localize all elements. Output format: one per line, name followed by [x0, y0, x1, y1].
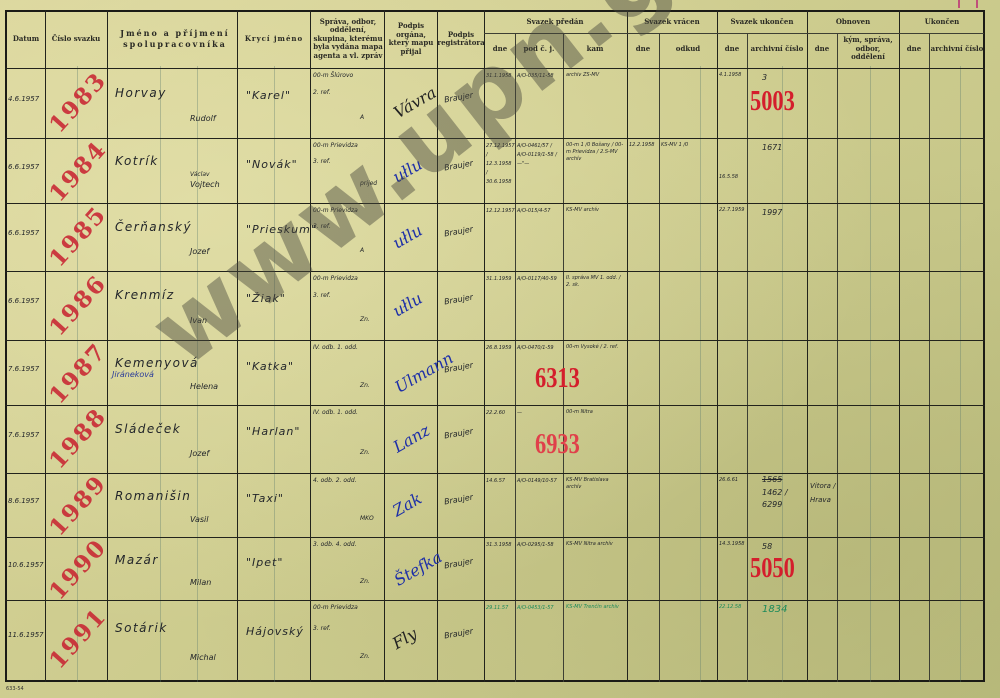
first-name-cell: Ivan — [190, 316, 207, 325]
officer-signature: ułlu — [389, 289, 425, 321]
closed-date: 26.6.61 — [719, 477, 738, 483]
registrar-signature: Braujer — [443, 626, 473, 640]
surname-cell: Horvay — [115, 86, 167, 100]
surname-cell: Sotárik — [115, 621, 168, 635]
first-name-cell: Milan — [190, 578, 211, 587]
volume-number-stamp: 1990 — [44, 534, 112, 606]
handover-ref: — — [517, 409, 562, 418]
closed-date: 22.7.1959 — [719, 207, 744, 213]
department-ref: 3. ref. — [313, 223, 331, 230]
header-vracen-dne: dne — [628, 34, 658, 64]
closed-date: 14.3.1958 — [719, 541, 744, 547]
department-mark: A — [360, 114, 364, 121]
date-cell: 4.6.1957 — [8, 95, 39, 103]
handover-date: 12.12.1957 — [486, 207, 514, 216]
officer-signature: Fly — [389, 624, 420, 653]
closed-date: 4.1.1958 — [719, 72, 741, 78]
cover-name-cell: "Katka" — [246, 360, 294, 373]
volume-number-stamp: 1991 — [44, 602, 112, 674]
volume-number-stamp: 1989 — [44, 470, 112, 542]
officer-signature: Štefka — [391, 547, 446, 589]
cover-name-cell: "Karel" — [246, 89, 291, 102]
handover-ref: A/O-0117/40-59 — [517, 275, 562, 284]
surname-cell: Krenmíz — [115, 288, 175, 302]
table-row: 4.6.19571983HorvayRudolf"Karel"00-m Šlúr… — [0, 68, 1000, 138]
surname-cell: Kotrík — [115, 154, 159, 168]
closed-date: 16.5.58 — [719, 174, 738, 180]
date-cell: 6.6.1957 — [8, 163, 39, 171]
surname-cell: Mazár — [115, 553, 159, 567]
handover-destination: KS-MV Nitra archív — [566, 541, 624, 548]
header-predan-kam: kam — [564, 34, 626, 64]
handover-ref: A/O-0470/1-59 — [517, 344, 562, 353]
return-date: 12.2.1958 — [629, 142, 654, 148]
corner-marking — [958, 0, 978, 8]
surname-cell: Čerňanský — [115, 220, 192, 234]
first-name-cell: Rudolf — [190, 114, 216, 123]
surname-cell: Romanišin — [115, 489, 191, 503]
table-row: 6.6.19571985ČerňanskýJozef"Prieskum"00-m… — [0, 203, 1000, 271]
archive-number: 1834 — [762, 604, 802, 616]
first-name-cell: Helena — [190, 382, 218, 391]
handover-ref: A/O-035/11-58 — [517, 72, 562, 81]
header-obnoven-dne: dne — [808, 34, 836, 64]
department-ref: 3. ref. — [313, 292, 331, 299]
date-cell: 6.6.1957 — [8, 297, 39, 305]
header-cislo-svazku: Číslo svazku — [46, 14, 106, 64]
header-datum: Datum — [7, 14, 45, 64]
department-ref: 3. ref. — [313, 158, 331, 165]
department-cell: 4. odb. 2. odd. — [313, 477, 357, 484]
table-row: 8.6.19571989RomanišinVasil"Taxi"4. odb. … — [0, 473, 1000, 537]
closure-note: Vitora / Hrava — [810, 479, 840, 507]
header-svazek-vracen: Svazek vrácen — [628, 12, 716, 32]
handover-date: 31.1.1958 — [486, 72, 514, 81]
department-mark: prijed — [360, 180, 377, 187]
department-mark: Zn. — [360, 578, 370, 585]
handover-date: 27.12.1957 / 12.3.1958 / 30.6.1958 — [486, 142, 514, 187]
archive-number: 1997 — [762, 207, 802, 219]
handover-ref: A/O-0295/1-58 — [517, 541, 562, 550]
header-jmeno: Jméno a příjmení spolupracovníka — [115, 14, 235, 64]
department-cell: 3. odb. 4. odd. — [313, 541, 357, 548]
header-subdivider — [484, 33, 984, 34]
registrar-signature: Braujer — [443, 426, 473, 440]
registrar-signature: Braujer — [443, 493, 473, 507]
table-row: 6.6.19571984KotríkVojtechVáclav"Novák"00… — [0, 138, 1000, 203]
handover-destination: archiv ZS-MV — [566, 72, 624, 79]
archive-red-stamp: 6313 — [535, 363, 580, 395]
officer-signature: Vávra — [390, 82, 439, 121]
header-ukoncen-archiv: archivní číslo — [748, 34, 806, 64]
volume-number-stamp: 1988 — [44, 403, 112, 475]
handover-date: 29.11.57 — [486, 604, 514, 613]
volume-number-stamp: 1985 — [44, 201, 112, 273]
officer-signature: ułlu — [389, 154, 425, 186]
registrar-signature: Braujer — [443, 293, 473, 307]
archive-number: 3 — [762, 72, 802, 84]
date-cell: 10.6.1957 — [8, 561, 44, 569]
cover-name-cell: "Žiak" — [246, 292, 286, 305]
date-cell: 6.6.1957 — [8, 229, 39, 237]
table-row: 6.6.19571986KrenmízIvan"Žiak"00-m Prievi… — [0, 271, 1000, 340]
first-name-cell: Vasil — [190, 515, 208, 524]
handover-ref: A/O-0453/1-57 — [517, 604, 562, 613]
handover-date: 31.3.1958 — [486, 541, 514, 550]
department-mark: Zn. — [360, 653, 370, 660]
handover-destination: 00-m Vysoké / 2. ref. — [566, 344, 624, 351]
department-cell: 00-m Prievidza — [313, 604, 358, 611]
handover-ref: A/O-015/4-57 — [517, 207, 562, 216]
header-ukoncen2: Ukončen — [900, 12, 984, 32]
archive-number: 58 — [762, 541, 802, 553]
name-annotation: Jiráneková — [112, 370, 154, 379]
header-svazek-ukoncen: Svazek ukončen — [718, 12, 806, 32]
name-annotation: Václav — [190, 171, 210, 178]
archive-red-stamp: 6933 — [535, 429, 580, 461]
ledger-page: Datum Číslo svazku Jméno a příjmení spol… — [0, 0, 1000, 698]
registrar-signature: Braujer — [443, 90, 473, 104]
handover-ref: A/O-0461/57 / A/O-0119/1-58 / —"— — [517, 142, 562, 169]
archive-number: 1462 / 6299 — [762, 487, 802, 511]
handover-date: 14.6.57 — [486, 477, 514, 486]
officer-signature: Zak — [389, 489, 425, 521]
first-name-cell: Jozef — [190, 449, 209, 458]
cover-name-cell: "Novák" — [246, 158, 298, 171]
department-mark: Zn. — [360, 449, 370, 456]
department-cell: IV. odb. 1. odd. — [313, 344, 358, 351]
handover-date: 31.1.1959 — [486, 275, 514, 284]
archive-number-struck: 1565 — [762, 475, 782, 484]
header-vracen-odkud: odkud — [660, 34, 716, 64]
header-kryci-jmeno: Krycí jméno — [240, 14, 308, 64]
date-cell: 7.6.1957 — [8, 431, 39, 439]
department-cell: 00-m Prievidza — [313, 207, 358, 214]
cover-name-cell: Hájovský — [246, 625, 304, 638]
handover-destination: KS-MV archív — [566, 207, 624, 214]
date-cell: 7.6.1957 — [8, 365, 39, 373]
department-mark: A — [360, 247, 364, 254]
cover-name-cell: "Prieskum" — [246, 223, 317, 236]
header-podpis-organa: Podpis orgána, který mapu přijal — [385, 14, 437, 64]
handover-ref: A/O-0149/10-57 — [517, 477, 562, 486]
header-predan-pod: pod č. j. — [516, 34, 562, 64]
first-name-cell: Vojtech — [190, 180, 220, 189]
department-cell: 00-m Prievidza — [313, 275, 358, 282]
closed-date: 22.12.58 — [719, 604, 741, 610]
date-cell: 11.6.1957 — [8, 631, 44, 639]
handover-destination: KS-MV Trenčín archív — [566, 604, 624, 611]
surname-cell: Sládeček — [115, 422, 181, 436]
header-obnoven-kym: kým, správa, odbor, oddělení — [838, 34, 898, 64]
header-podpis-registratora: Podpis registrátora — [438, 14, 484, 64]
department-cell: 00-m Šlúrovo — [313, 72, 353, 79]
volume-number-stamp: 1986 — [44, 269, 112, 341]
first-name-cell: Michal — [190, 653, 216, 662]
handover-destination: KS-MV Bratislava archív — [566, 477, 624, 491]
table-row: 11.6.19571991SotárikMichalHájovský00-m P… — [0, 600, 1000, 682]
header-ukoncen2-archiv: archivní číslo — [930, 34, 984, 64]
volume-number-stamp: 1987 — [44, 337, 112, 409]
form-code: 633-54 — [6, 686, 24, 692]
officer-signature: ułlu — [389, 220, 425, 252]
header-sprava: Správa, odbor, oddělení, skupina, kterém… — [312, 14, 384, 64]
department-ref: 2. ref. — [313, 89, 331, 96]
cover-name-cell: "Ipet" — [246, 556, 283, 569]
registrar-signature: Braujer — [443, 557, 473, 571]
handover-date: 26.8.1959 — [486, 344, 514, 353]
handover-destination: II. správa MV 1. odd. / 2. sk. — [566, 275, 624, 289]
registrar-signature: Braujer — [443, 224, 473, 238]
handover-destination: 00-m Nitra — [566, 409, 624, 416]
department-mark: Zn. — [360, 316, 370, 323]
date-cell: 8.6.1957 — [8, 497, 39, 505]
department-mark: MKO — [360, 515, 374, 522]
department-ref: 3. ref. — [313, 625, 331, 632]
cover-name-cell: "Harlan" — [246, 425, 300, 438]
department-mark: Zn. — [360, 382, 370, 389]
archive-number: 1671 — [762, 142, 802, 154]
archive-red-stamp: 5050 — [750, 553, 795, 585]
table-row: 7.6.19571988SládečekJozef"Harlan"IV. odb… — [0, 405, 1000, 473]
registrar-signature: Braujer — [443, 158, 473, 172]
archive-red-stamp: 5003 — [750, 86, 795, 118]
surname-cell: Kemenyová — [115, 356, 199, 370]
header-obnoven: Obnoven — [808, 12, 898, 32]
department-cell: IV. odb. 1. odd. — [313, 409, 358, 416]
handover-destination: 00-m 1 /0 Bošany / 00-m Prievidza / 2.S-… — [566, 142, 624, 163]
cover-name-cell: "Taxi" — [246, 492, 284, 505]
table-row: 10.6.19571990MazárMilan"Ipet"3. odb. 4. … — [0, 537, 1000, 600]
header-ukoncen2-dne: dne — [900, 34, 928, 64]
handover-date: 22.2.60 — [486, 409, 514, 418]
department-cell: 00-m Prievidza — [313, 142, 358, 149]
volume-number-stamp: 1983 — [44, 67, 112, 139]
volume-number-stamp: 1984 — [44, 135, 112, 207]
first-name-cell: Jozef — [190, 247, 209, 256]
header-predan-dne: dne — [485, 34, 515, 64]
return-origin: KS-MV 1 /0 — [661, 142, 688, 148]
officer-signature: Lanz — [390, 420, 433, 456]
header-ukoncen-dne: dne — [718, 34, 746, 64]
table-row: 7.6.19571987KemenyováHelenaJiráneková"Ka… — [0, 340, 1000, 405]
header-svazek-predan: Svazek předán — [485, 12, 625, 32]
